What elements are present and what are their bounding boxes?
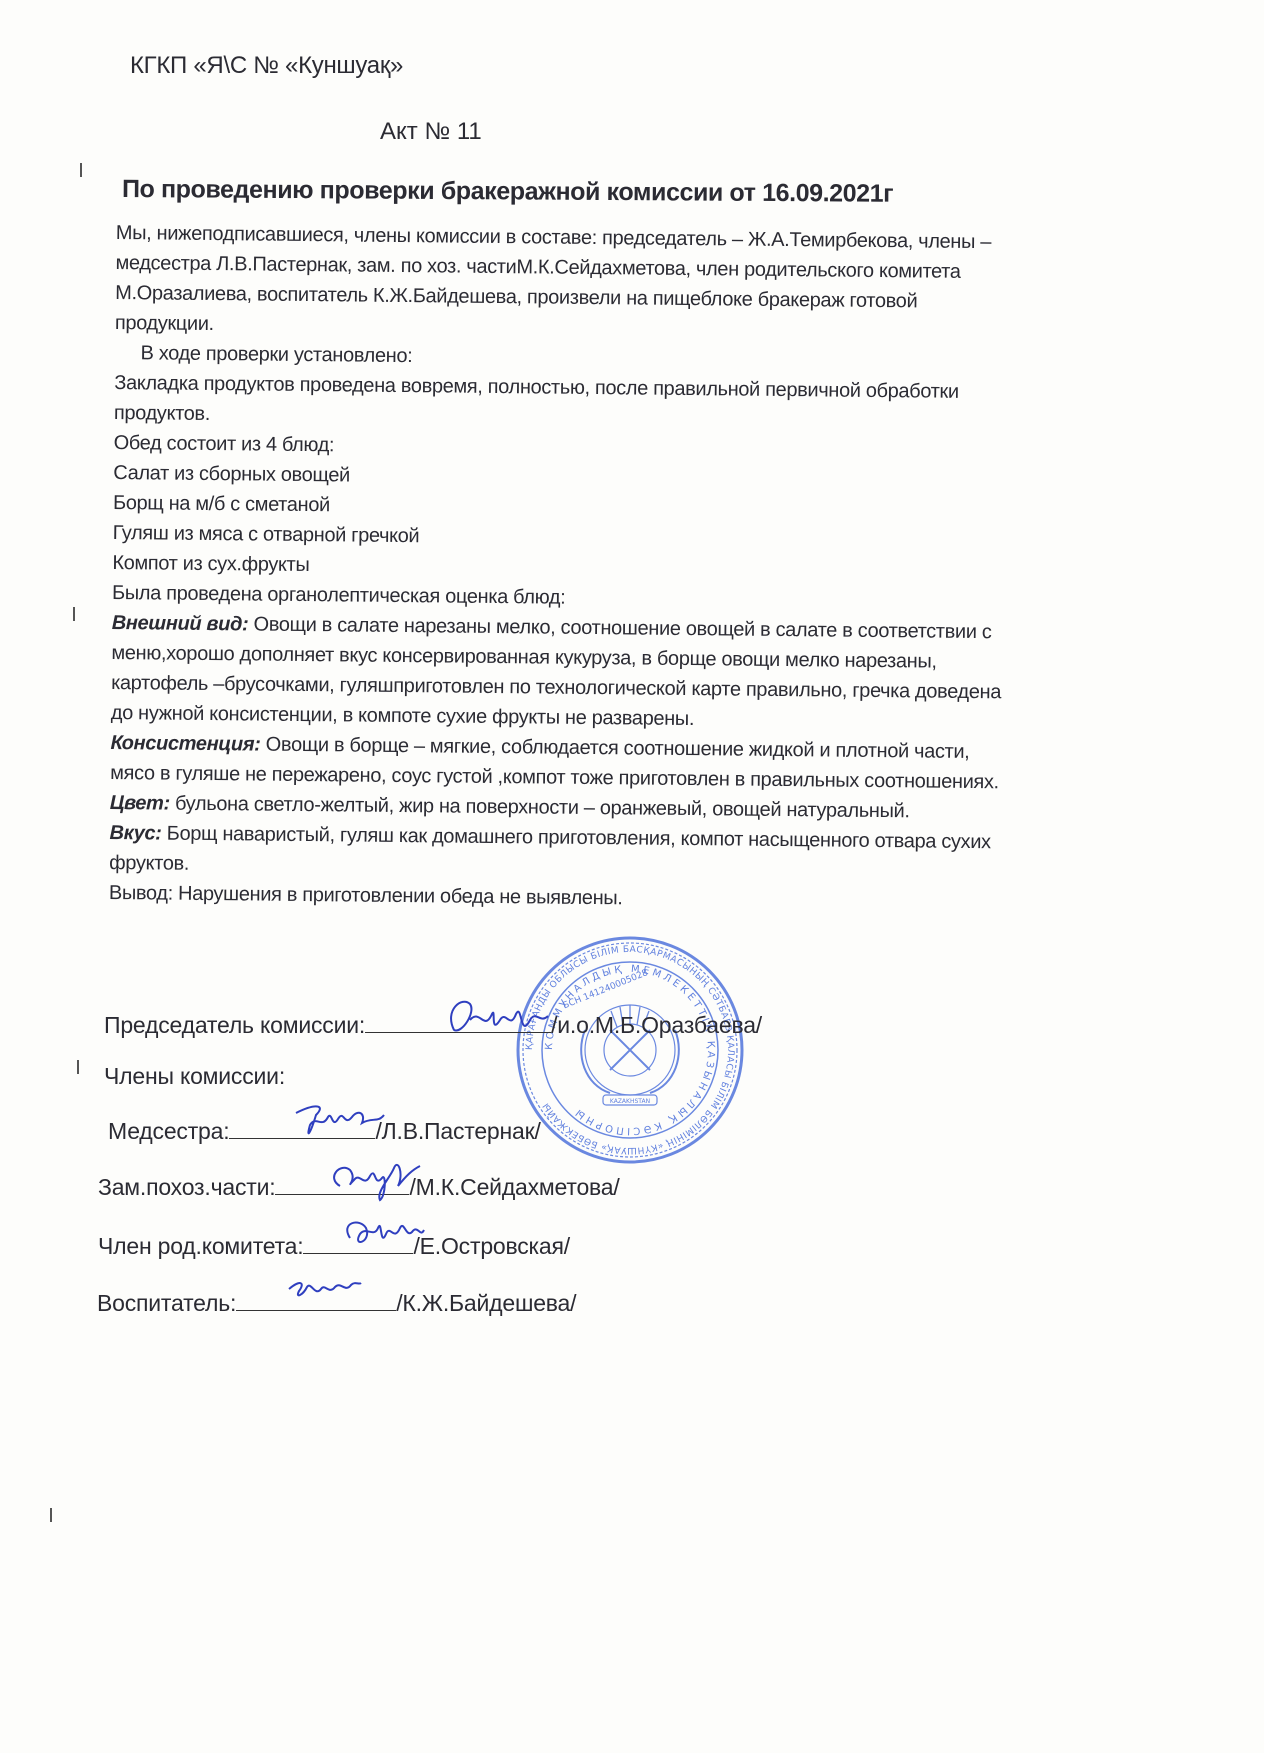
member-role: Член род.комитета: [98,1233,303,1259]
teacher-signature-icon [285,1275,365,1305]
member-name: /Л.В.Пастернак/ [375,1118,540,1144]
parent-committee-signature-icon [330,1208,430,1268]
member-name: /Е.Островская/ [413,1233,570,1259]
chair-label: Председатель комиссии: [104,1012,365,1038]
chair-signature-icon [440,990,560,1050]
member-name: /К.Ж.Байдешева/ [396,1290,576,1316]
member-role: Зам.похоз.части: [98,1174,275,1200]
chair-signature-row: Председатель комиссии:/и.о.М.Б.Оразбаева… [104,1010,762,1039]
deputy-signature-icon [320,1148,430,1208]
member-role: Воспитатель: [97,1290,236,1316]
member-name: /М.К.Сейдахметова/ [409,1174,619,1200]
document-page: КГКП «Я\С № «Куншуақ» Акт № 11 По провед… [0,0,1264,1753]
nurse-signature-icon [286,1095,396,1145]
chair-name: /и.о.М.Б.Оразбаева/ [551,1012,762,1038]
signature-block: Председатель комиссии:/и.о.М.Б.Оразбаева… [0,0,1264,1753]
member-role: Медсестра: [108,1118,229,1144]
members-label: Члены комиссии: [104,1063,285,1090]
